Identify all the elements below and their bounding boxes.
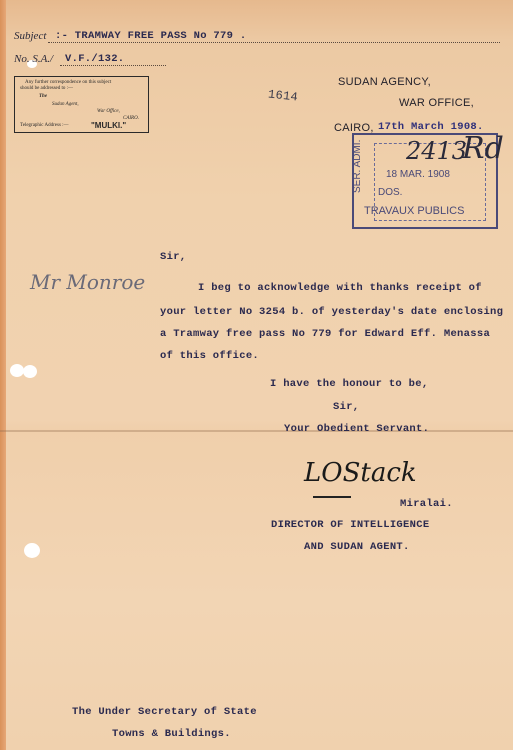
file-number: 1614 — [267, 87, 298, 104]
box-line: Sudan Agent, — [52, 102, 79, 107]
signature-underline — [313, 496, 351, 498]
closing-line: Your Obedient Servant. — [284, 423, 429, 435]
letter-page: Subject :- TRAMWAY FREE PASS No 779 . No… — [0, 0, 513, 750]
ref-text: V.F./132. — [65, 53, 124, 65]
box-line: War Office, — [97, 109, 120, 114]
stamp-date: 18 MAR. 1908 — [386, 169, 450, 180]
stamp-side-text: SER. ADMI. — [352, 140, 363, 193]
stamp-doss: DOS. — [378, 187, 402, 198]
box-line: The — [39, 94, 47, 99]
closing-line: Sir, — [333, 401, 359, 413]
subject-rule — [48, 42, 500, 43]
closing-line: I have the honour to be, — [270, 378, 428, 390]
punch-hole — [10, 364, 24, 377]
body-line: your letter No 3254 b. of yesterday's da… — [160, 306, 503, 318]
recipient-line: The Under Secretary of State — [72, 706, 257, 718]
stamp-handwritten-number: 2413 — [406, 137, 467, 165]
body-line: of this office. — [160, 350, 259, 362]
ref-rule — [60, 65, 166, 66]
letterhead-office: WAR OFFICE, — [399, 97, 474, 109]
salutation: Sir, — [160, 251, 186, 263]
punch-hole — [24, 543, 40, 558]
fold-crease — [0, 430, 513, 432]
box-line: Any further correspondence on this subje… — [25, 80, 111, 85]
signature-rank: Miralai. — [400, 498, 453, 510]
signature-title: AND SUDAN AGENT. — [304, 541, 410, 553]
stamp-bottom-text: TRAVAUX PUBLICS — [364, 205, 464, 217]
stamp-initials: Rd — [462, 131, 504, 166]
margin-note: Mr Monroe — [30, 270, 145, 294]
paper-edge — [0, 0, 6, 750]
letterhead-org: SUDAN AGENCY, — [338, 76, 431, 88]
telegraphic-value: "MULKI." — [91, 121, 126, 130]
recipient-line: Towns & Buildings. — [112, 728, 231, 740]
telegraphic-label: Telegraphic Address :— — [20, 123, 69, 128]
body-line: a Tramway free pass No 779 for Edward Ef… — [160, 328, 490, 340]
body-line: I beg to acknowledge with thanks receipt… — [198, 282, 482, 294]
box-line: should be addressed to :— — [20, 86, 73, 91]
ref-label: No. S.A./ — [14, 53, 53, 65]
subject-text: :- TRAMWAY FREE PASS No 779 . — [55, 30, 246, 42]
correspondence-box: Any further correspondence on this subje… — [14, 76, 149, 133]
received-stamp: SER. ADMI. 2413 Rd 18 MAR. 1908 DOS. TRA… — [352, 133, 498, 229]
punch-hole — [23, 365, 37, 378]
signature-title: DIRECTOR OF INTELLIGENCE — [271, 519, 429, 531]
signature: LOStack — [304, 458, 417, 488]
subject-label: Subject — [14, 30, 46, 42]
